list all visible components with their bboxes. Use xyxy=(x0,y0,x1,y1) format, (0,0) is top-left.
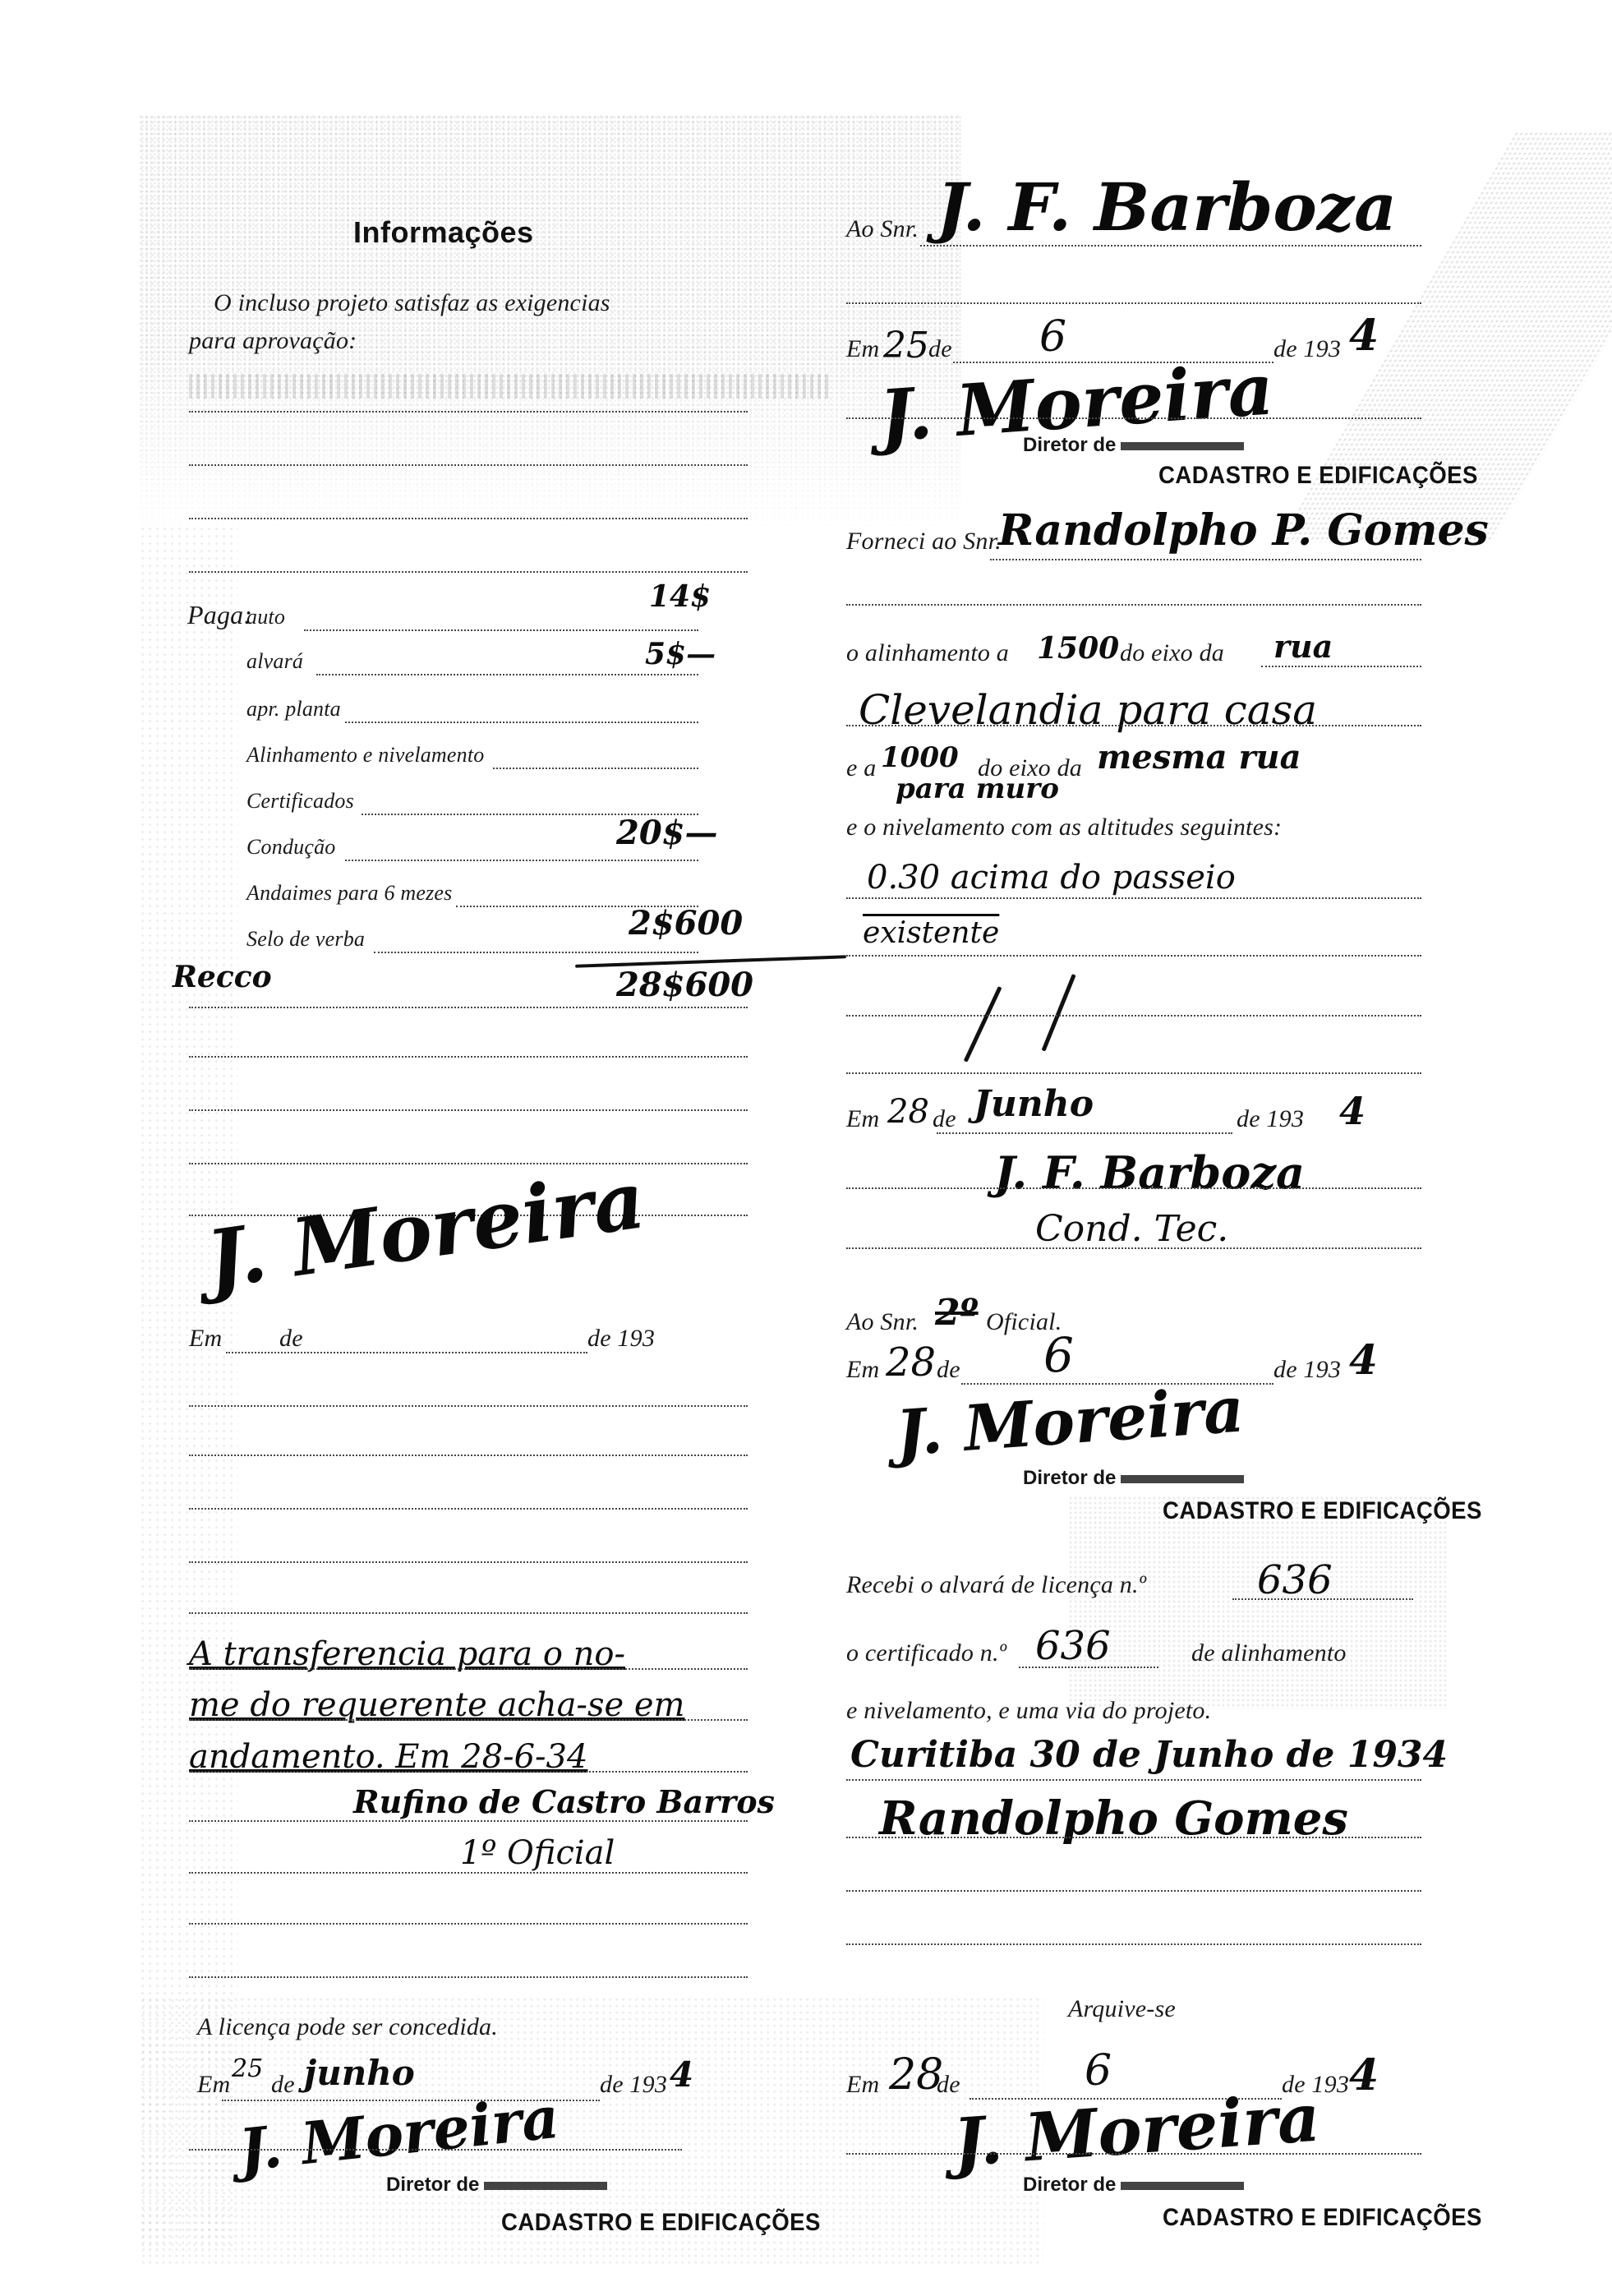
blank-line xyxy=(189,1976,748,1978)
director-label: Diretor de xyxy=(386,2174,607,2197)
informacoes-heading: Informações xyxy=(353,215,534,250)
supplied-name: Randolpho P. Gomes xyxy=(998,505,1489,556)
alignment-value: 1500 xyxy=(1037,631,1119,666)
fee-label: Certificados xyxy=(246,789,354,814)
director-signature: J. Moreira xyxy=(951,2079,1322,2182)
date-year-label: de 193 xyxy=(600,2071,667,2099)
fee-value: 5$— xyxy=(645,637,716,671)
date-em-label: Em xyxy=(197,2071,230,2099)
license-granted-text: A licença pode ser concedida. xyxy=(197,2013,498,2041)
blank-line xyxy=(846,1015,1421,1017)
fee-line xyxy=(493,768,698,769)
director-text: Diretor de xyxy=(386,2174,479,2196)
supplied-label: Forneci ao Snr. xyxy=(846,528,1002,556)
director-signature: J. Moreira xyxy=(201,1153,651,1306)
redaction-bar xyxy=(484,2182,607,2190)
director-label: Diretor de xyxy=(1023,1467,1244,1490)
certificate-suffix: de alinhamento xyxy=(1191,1639,1347,1667)
director-signature: J. Moreira xyxy=(893,1372,1246,1469)
second-street: mesma rua xyxy=(1097,738,1301,777)
fee-line xyxy=(374,952,698,953)
date-de-label: de xyxy=(271,2071,295,2099)
leveling-line xyxy=(846,897,1421,899)
date-em-label: Em xyxy=(846,335,879,363)
department-stamp: CADASTRO E EDIFICAÇÕES xyxy=(501,2209,821,2237)
date-line xyxy=(226,1352,587,1353)
blank-line xyxy=(189,1405,748,1407)
leveling-line1: 0.30 acima do passeio xyxy=(867,859,1236,897)
blank-line xyxy=(189,1109,748,1111)
note-line xyxy=(189,1719,748,1721)
received-label: Recebi o alvará de licença n.º xyxy=(846,1571,1146,1599)
date-month: 6 xyxy=(1043,1327,1074,1383)
director-text: Diretor de xyxy=(1023,2174,1116,2196)
fee-value: 2$600 xyxy=(629,904,743,943)
date-day: 28 xyxy=(887,1093,929,1131)
blank-line xyxy=(846,302,1421,304)
signature-line xyxy=(189,2149,682,2151)
date-de-label: de xyxy=(279,1325,303,1353)
blank-line xyxy=(189,1163,748,1164)
date-day: 28 xyxy=(889,2050,943,2100)
second-label: e a xyxy=(846,754,876,782)
note-line xyxy=(189,1872,748,1874)
official-role: 1º Oficial xyxy=(460,1834,615,1872)
archive-label: Arquive-se xyxy=(1068,1995,1176,2023)
fee-label: alvará xyxy=(246,649,303,674)
street-prefix: rua xyxy=(1273,628,1333,665)
alignment-fill-line xyxy=(1261,666,1421,667)
note-line xyxy=(189,1771,748,1773)
department-stamp: CADASTRO E EDIFICAÇÕES xyxy=(1158,462,1478,490)
total-value: 28$600 xyxy=(616,966,753,1004)
blank-line xyxy=(189,1007,748,1008)
license-number: 636 xyxy=(1257,1557,1333,1603)
obscured-line xyxy=(189,374,830,399)
fee-line xyxy=(345,722,698,723)
blank-line xyxy=(189,1508,748,1510)
blank-line xyxy=(189,518,748,519)
leveling-line2: existente xyxy=(863,916,999,950)
cross-mark xyxy=(964,986,1002,1063)
technician-signature: J. F. Barboza xyxy=(994,1146,1305,1199)
blank-line xyxy=(846,1943,1421,1945)
redaction-bar xyxy=(1121,442,1244,450)
intro-text-line2: para aprovação: xyxy=(189,327,357,355)
date-month: junho xyxy=(304,2053,415,2093)
fee-line xyxy=(304,629,698,631)
total-label: Recco xyxy=(173,960,272,994)
date-year-label: de 193 xyxy=(1273,1356,1341,1384)
second-purpose: para muro xyxy=(896,772,1059,805)
fee-label: Condução xyxy=(246,835,335,860)
fee-label: Selo de verba xyxy=(246,927,365,952)
department-stamp: CADASTRO E EDIFICAÇÕES xyxy=(1163,1497,1482,1525)
certificate-number-line xyxy=(1019,1667,1158,1668)
blank-line xyxy=(846,955,1421,957)
technician-role: Cond. Tec. xyxy=(1035,1208,1228,1250)
date-month: Junho xyxy=(974,1083,1094,1125)
blank-line xyxy=(189,1056,748,1058)
date-de-label: de xyxy=(937,2071,960,2099)
received-tail: e nivelamento, e uma via do projeto. xyxy=(846,1697,1211,1725)
director-text: Diretor de xyxy=(1023,434,1116,456)
date-year-label: de 193 xyxy=(587,1325,655,1353)
date-em-label: Em xyxy=(846,2071,879,2099)
blank-line xyxy=(189,1455,748,1456)
fee-label: auto xyxy=(246,605,285,629)
to-name: J. F. Barboza xyxy=(937,168,1397,246)
date-em-label: Em xyxy=(846,1356,879,1384)
blank-line xyxy=(189,411,748,413)
date-day: 25 xyxy=(883,325,929,367)
to-line xyxy=(920,245,1421,247)
date-year-digit: 4 xyxy=(1339,1089,1366,1133)
license-number-line xyxy=(1232,1598,1413,1600)
note-line xyxy=(189,1820,748,1822)
date-year-digit: 4 xyxy=(1349,311,1379,361)
fee-line xyxy=(316,674,698,675)
fee-label: Alinhamento e nivelamento xyxy=(246,743,484,768)
redaction-bar xyxy=(1121,2182,1244,2190)
note-line xyxy=(189,1668,748,1670)
signature-line xyxy=(846,2153,1421,2155)
date-em-label: Em xyxy=(189,1325,222,1353)
date-month: 6 xyxy=(1039,312,1066,362)
blank-line xyxy=(846,1072,1421,1074)
axis-label: do eixo da xyxy=(1120,639,1224,667)
fee-label: Andaimes para 6 mezes xyxy=(246,881,452,906)
blank-line xyxy=(189,464,748,466)
blank-line xyxy=(846,1890,1421,1892)
department-stamp: CADASTRO E EDIFICAÇÕES xyxy=(1163,2204,1482,2232)
blank-line xyxy=(189,1561,748,1563)
date-year-digit: 4 xyxy=(670,2054,693,2095)
signature-line xyxy=(846,1187,1421,1189)
director-label: Diretor de xyxy=(1023,2174,1244,2197)
signature-line xyxy=(846,417,1421,419)
blank-line xyxy=(846,604,1421,606)
date-year-label: de 193 xyxy=(1237,1105,1304,1133)
fee-value: 20$— xyxy=(616,814,718,852)
date-de-label: de xyxy=(933,1105,956,1133)
to-label: Ao Snr. xyxy=(846,215,919,243)
leveling-label: e o nivelamento com as altitudes seguint… xyxy=(846,814,1282,841)
certificate-label: o certificado n.º xyxy=(846,1639,1006,1667)
certificate-number: 636 xyxy=(1035,1623,1111,1669)
payment-label: Paga: xyxy=(187,600,252,630)
date-year-label: de 193 xyxy=(1273,335,1341,363)
alignment-label: o alinhamento a xyxy=(846,639,1009,667)
fee-label: apr. planta xyxy=(246,697,341,722)
supplied-line xyxy=(990,559,1421,560)
blank-line xyxy=(846,1247,1421,1249)
street-line xyxy=(846,725,1421,726)
second-value: 1000 xyxy=(881,741,959,774)
date-day: 25 xyxy=(232,2054,263,2083)
permit-form-page: Informações O incluso projeto satisfaz a… xyxy=(0,0,1612,2296)
place-date-line xyxy=(846,1779,1421,1781)
official-signature: Rufino de Castro Barros xyxy=(353,1783,775,1820)
date-month: 6 xyxy=(1085,2046,1112,2095)
cross-mark xyxy=(1042,974,1076,1052)
fee-value: 14$ xyxy=(649,579,711,614)
blank-line xyxy=(189,1612,748,1614)
date-line xyxy=(937,1132,1232,1134)
date-de-label: de xyxy=(928,335,952,363)
fee-line xyxy=(345,860,698,861)
date-day: 28 xyxy=(886,1339,936,1385)
date-em-label: Em xyxy=(846,1105,879,1133)
signature-line xyxy=(846,1837,1421,1838)
to-label: Ao Snr. xyxy=(846,1308,919,1336)
date-year-digit: 4 xyxy=(1349,1335,1378,1384)
intro-text-line1: O incluso projeto satisfaz as exigencias xyxy=(214,289,610,317)
blank-line xyxy=(189,1923,748,1925)
received-place-date: Curitiba 30 de Junho de 1934 xyxy=(850,1734,1448,1776)
blank-line xyxy=(189,571,748,573)
director-label: Diretor de xyxy=(1023,434,1244,457)
redaction-bar xyxy=(1121,1475,1244,1483)
street-name: Clevelandia para casa xyxy=(859,686,1317,734)
date-year-digit: 4 xyxy=(1349,2050,1379,2100)
director-text: Diretor de xyxy=(1023,1467,1116,1489)
date-de-label: de xyxy=(937,1356,960,1384)
to-official-value: 2º xyxy=(935,1292,979,1334)
